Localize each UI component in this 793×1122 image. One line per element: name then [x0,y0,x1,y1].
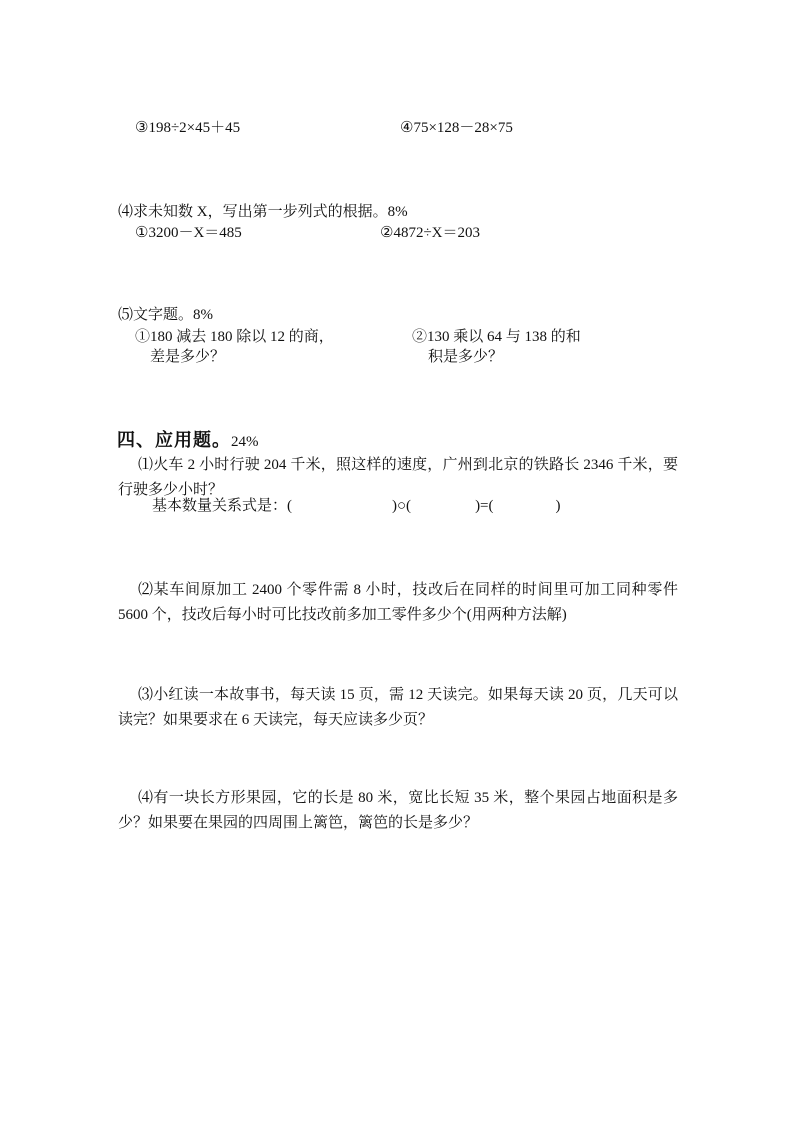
word-calc-title: ⑸文字题。8% [118,306,213,324]
word-calc-item-2-line2: 积是多少？ [428,348,503,366]
relation-operator: )○( [392,498,411,514]
relation-equals: )=( [475,498,493,514]
application-title: 四、应用题。 [117,430,231,451]
solve-x-item-1: ①3200－X＝485 [135,224,242,242]
word-calc-item-2-line1: ②130 乘以 64 与 138 的和 [412,328,581,346]
problem-3: ⑶小红读一本故事书，每天读 15 页，需 12 天读完。如果每天读 20 页，几… [118,683,678,733]
application-percent: 24% [231,434,259,450]
relation-label: 基本数量关系式是：( [152,498,292,514]
solve-x-title: ⑷求未知数 X，写出第一步列式的根据。8% [118,203,408,221]
calc-item-3: ③198÷2×45＋45 [135,119,240,137]
word-calc-item-1-line1: ①180 减去 180 除以 12 的商， [135,328,334,346]
relation-formula: 基本数量关系式是：()○()=() [152,497,561,515]
problem-1: ⑴火车 2 小时行驶 204 千米，照这样的速度，广州到北京的铁路长 2346 … [118,453,678,503]
calc-item-4: ④75×128－28×75 [400,119,513,137]
solve-x-item-2: ②4872÷X＝203 [380,224,480,242]
application-heading: 四、应用题。24% [117,432,259,451]
word-calc-item-1-line2: 差是多少？ [150,348,225,366]
problem-4: ⑷有一块长方形果园，它的长是 80 米，宽比长短 35 米，整个果园占地面积是多… [118,786,678,836]
problem-2: ⑵某车间原加工 2400 个零件需 8 小时，技改后在同样的时间里可加工同种零件… [118,578,678,628]
relation-close: ) [556,498,561,514]
